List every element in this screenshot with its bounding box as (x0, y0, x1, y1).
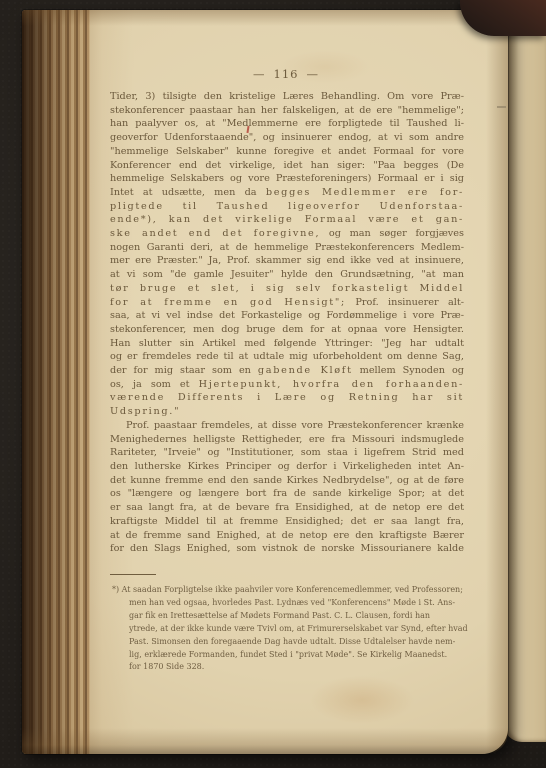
text-line: pligtede til Taushed ligeoverfor Udenfor… (110, 200, 464, 214)
paper-stain (310, 676, 414, 724)
text-segment: for den Slags Enighed, som vistnok de no… (110, 543, 464, 554)
text-line: Rariteter, "Irveie" og "Institutioner, s… (110, 446, 464, 460)
footnote: *) At saadan Forpligtelse ikke paahviler… (112, 584, 468, 674)
text-segment: Han slutter sin Artikel med følgende Ytt… (110, 338, 464, 349)
text-segment: Tider, 3) tilsigte den kristelige Læres … (110, 91, 464, 102)
text-segment: Rariteter, "Irveie" og "Institutioner, s… (110, 447, 464, 458)
text-segment: Menighedernes helligste Rettigheder, ere… (110, 434, 464, 445)
text-segment: os, ja som et (110, 379, 199, 390)
text-segment: at vi som "de gamle Jesuiter" hylde den … (110, 269, 464, 280)
book-page: —116— Tider, 3) tilsigte den kristelige … (22, 10, 508, 754)
text-line: det kunne fremme end den sande Kirkes Ne… (110, 474, 464, 488)
text-line: Menighedernes helligste Rettigheder, ere… (110, 433, 464, 447)
text-segment: ytrede, at der ikke kunde være Tvivl om,… (129, 624, 468, 633)
text-line: hemmelige Selskabers og vore Præsteforen… (110, 172, 464, 186)
text-line: kraftigste Middel til at fremme Ensidigh… (110, 515, 464, 529)
text-line: Intet at udsætte, men da begges Medlemme… (110, 186, 464, 200)
text-segment: Past. Simonsen den foregaaende Dag havde… (129, 637, 455, 646)
page-number-value: 116 (266, 67, 307, 81)
text-line: der for mig staar som en gabende Kløft m… (110, 364, 464, 378)
text-segment: lig, erklærede Formanden, fundet Sted i … (129, 650, 447, 659)
text-segment: er saa langt fra, at de bevare fra Ensid… (110, 502, 464, 513)
text-line: og er fremdeles rede til at udtale mig u… (110, 350, 464, 364)
text-segment: men han ved ogsaa, hvorledes Past. Lydnæ… (129, 598, 455, 607)
emphasized-text: ske andet end det foregivne, (110, 228, 320, 239)
text-segment: Prof. paastaar fremdeles, at disse vore … (126, 420, 464, 431)
text-segment: stekonferencer, men dog bruge dem for at… (110, 324, 464, 335)
text-line: for at fremme en god Hensigt"; Prof. ins… (110, 296, 464, 310)
text-segment: Intet at udsætte, men da (110, 187, 266, 198)
text-segment: geoverfor Udenforstaaende", og insinuere… (110, 132, 464, 143)
header-rule-left: — (253, 67, 266, 81)
emphasized-text: Hjertepunkt, hvorfra den forhaanden- (199, 379, 464, 390)
emphasized-text: begges Medlemmer ere for- (266, 187, 464, 198)
text-line: ytrede, at der ikke kunde være Tvivl om,… (112, 623, 468, 636)
text-line: ende*), kan det virkelige Formaal være e… (110, 213, 464, 227)
text-line: er saa langt fra, at de bevare fra Ensid… (110, 501, 464, 515)
text-line: *) At saadan Forpligtelse ikke paahviler… (112, 584, 468, 597)
text-segment: der for mig staar som en (110, 365, 258, 376)
text-line: Udspring." (110, 405, 464, 419)
text-line: for den Slags Enighed, som vistnok de no… (110, 542, 464, 556)
text-segment: mellem Synoden og (353, 365, 464, 376)
text-line: nogen Garanti deri, at de hemmelige Præs… (110, 241, 464, 255)
text-segment: *) At saadan Forpligtelse ikke paahviler… (112, 585, 463, 594)
text-segment: at de fremme sand Enighed, at de netop e… (110, 530, 464, 541)
text-line: "hemmelige Selskaber" kunne foregive et … (110, 145, 464, 159)
text-segment: og man søger forgjæves (320, 228, 464, 239)
text-segment: gar fik en Irettesættelse af Mødets Form… (129, 611, 430, 620)
text-line: os, ja som et Hjertepunkt, hvorfra den f… (110, 378, 464, 392)
text-line: stekonferencer, men dog bruge dem for at… (110, 323, 464, 337)
emphasized-text: gabende Kløft (258, 365, 353, 376)
text-line: han paalyver os, at "Medlemmerne ere for… (110, 117, 464, 131)
text-segment: det kunne fremme end den sande Kirkes Ne… (110, 475, 464, 486)
header-rule-right: — (306, 67, 319, 81)
text-line: Han slutter sin Artikel med følgende Ytt… (110, 337, 464, 351)
text-line: at de fremme sand Enighed, at de netop e… (110, 529, 464, 543)
text-line: ske andet end det foregivne, og man søge… (110, 227, 464, 241)
page-number: —116— (110, 67, 462, 81)
next-page-edge (504, 26, 546, 742)
text-segment: Konferencer end det virkelige, idet han … (110, 160, 464, 171)
text-segment: "hemmelige Selskaber" kunne foregive et … (110, 146, 464, 157)
page-bottom-shadow (22, 728, 508, 754)
text-segment: han paalyver os, at "Medlemmerne ere for… (110, 118, 464, 129)
text-line: lig, erklærede Formanden, fundet Sted i … (112, 649, 468, 662)
text-segment: kraftigste Middel til at fremme Ensidigh… (110, 516, 464, 527)
emphasized-text: ende*), kan det virkelige Formaal være e… (110, 214, 464, 225)
text-line: Konferencer end det virkelige, idet han … (110, 159, 464, 173)
text-line: os "længere og længere bort fra de sande… (110, 487, 464, 501)
text-line: Tider, 3) tilsigte den kristelige Læres … (110, 90, 464, 104)
text-segment: stekonferencer paastaar han her falskeli… (110, 105, 464, 116)
emphasized-text: Udspring." (110, 406, 180, 417)
text-line: værende Differents i Lære og Retning har… (110, 391, 464, 405)
text-line: at vi som "de gamle Jesuiter" hylde den … (110, 268, 464, 282)
emphasized-text: værende Differents i Lære og Retning har… (110, 392, 464, 403)
footnote-separator-rule (110, 574, 156, 575)
text-line: mer ere Præster." Ja, Prof. skammer sig … (110, 254, 464, 268)
text-segment: for 1870 Side 328. (129, 662, 204, 671)
emphasized-text: pligtede til Taushed ligeoverfor Udenfor… (110, 201, 464, 212)
text-line: geoverfor Udenforstaaende", og insinuere… (110, 131, 464, 145)
text-segment: mer ere Præster." Ja, Prof. skammer sig … (110, 255, 464, 266)
text-segment: den lutherske Kirkes Principer og derfor… (110, 461, 464, 472)
text-line: saa, at vi vel indse det Forkastelige og… (110, 309, 464, 323)
text-line: stekonferencer paastaar han her falskeli… (110, 104, 464, 118)
text-line: tør bruge et slet, i sig selv forkasteli… (110, 282, 464, 296)
text-line: gar fik en Irettesættelse af Mødets Form… (112, 610, 468, 623)
text-segment: Prof. insinuerer alt- (346, 297, 464, 308)
text-segment: saa, at vi vel indse det Forkastelige og… (110, 310, 464, 321)
photo-of-open-book: —116— Tider, 3) tilsigte den kristelige … (0, 0, 546, 768)
text-line: den lutherske Kirkes Principer og derfor… (110, 460, 464, 474)
text-line: men han ved ogsaa, hvorledes Past. Lydnæ… (112, 597, 468, 610)
pencil-mark (497, 106, 506, 108)
text-segment: og er fremdeles rede til at udtale mig u… (110, 351, 464, 362)
text-line: Past. Simonsen den foregaaende Dag havde… (112, 636, 468, 649)
text-segment: nogen Garanti deri, at de hemmelige Præs… (110, 242, 464, 253)
body-text: Tider, 3) tilsigte den kristelige Læres … (110, 90, 464, 556)
text-line: for 1870 Side 328. (112, 661, 468, 674)
text-line: Prof. paastaar fremdeles, at disse vore … (110, 419, 464, 433)
emphasized-text: tør bruge et slet, i sig selv forkasteli… (110, 283, 464, 294)
emphasized-text: for at fremme en god Hensigt"; (110, 297, 346, 308)
text-segment: hemmelige Selskabers og vore Præsteforen… (110, 173, 464, 184)
page-right-shadow (486, 10, 508, 754)
text-segment: os "længere og længere bort fra de sande… (110, 488, 464, 499)
page-top-shadow (22, 10, 508, 26)
